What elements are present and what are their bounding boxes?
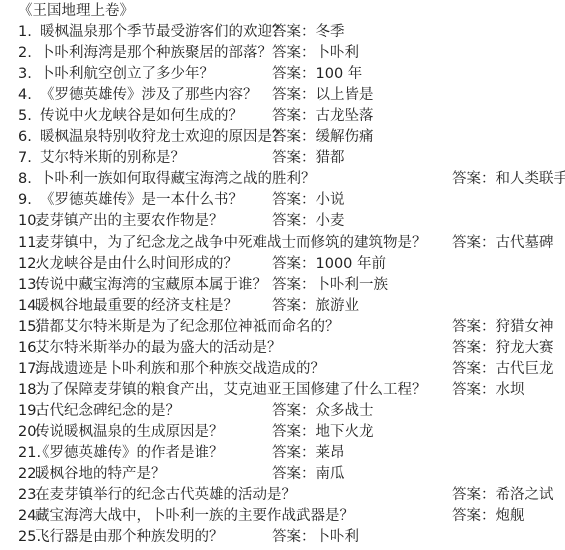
question-row: 5.传说中火龙峡谷是如何生成的？答案：古龙坠落 — [0, 106, 565, 127]
question-number: 5. — [18, 106, 32, 127]
question-text: 飞行器是由那个种族发明的？ — [35, 527, 224, 548]
answer: 答案：以上皆是 — [272, 85, 374, 106]
answer-value: 以上皆是 — [316, 87, 374, 103]
answer: 答案：和人类联手 — [452, 169, 565, 190]
answer-value: 狩龙大赛 — [496, 340, 554, 356]
answer: 答案：狩猎女神 — [452, 317, 554, 338]
answer-label: 答案： — [272, 45, 316, 61]
question-text: 传说中藏宝海湾的宝藏原本属于谁？ — [35, 275, 267, 296]
answer-value: 和人类联手 — [496, 171, 565, 187]
answer-label: 答案： — [452, 382, 496, 398]
answer-label: 答案： — [452, 508, 496, 524]
answer: 答案：100 年 — [272, 64, 362, 85]
question-text: 卜卟利海湾是那个种族聚居的部落？ — [40, 43, 272, 64]
answer-value: 旅游业 — [316, 298, 360, 314]
question-number: 4. — [18, 85, 32, 106]
question-text: 暖枫谷地的特产是？ — [35, 464, 166, 485]
question-text: 艾尔特米斯举办的最为盛大的活动是？ — [35, 338, 282, 359]
answer-label: 答案： — [272, 192, 316, 208]
question-text: 猎都艾尔特米斯是为了纪念那位神祗而命名的？ — [35, 317, 340, 338]
answer-value: 希洛之试 — [496, 487, 554, 503]
question-text: 《罗德英雄传》是一本什么书？ — [40, 190, 243, 211]
document-title: 《王国地理上卷》 — [18, 1, 134, 21]
question-row: 10.麦芽镇产出的主要农作物是？答案：小麦 — [0, 211, 565, 232]
question-row: 14.暖枫谷地最重要的经济支柱是？答案：旅游业 — [0, 296, 565, 317]
question-text: 传说中火龙峡谷是如何生成的？ — [40, 106, 243, 127]
answer: 答案：狩龙大赛 — [452, 338, 554, 359]
answer-label: 答案： — [452, 235, 496, 251]
answer: 答案：古代墓碑 — [452, 233, 554, 254]
question-row: 21.《罗德英雄传》的作者是谁？答案：莱昂 — [0, 443, 565, 464]
answer-label: 答案： — [452, 171, 496, 187]
question-text: 传说暖枫温泉的生成原因是？ — [35, 422, 224, 443]
answer: 答案：古龙坠落 — [272, 106, 374, 127]
question-text: 海战遗迹是卜卟利族和那个种族交战造成的？ — [35, 359, 325, 380]
question-row: 16.艾尔特米斯举办的最为盛大的活动是？答案：狩龙大赛 — [0, 338, 565, 359]
answer: 答案：旅游业 — [272, 296, 359, 317]
question-row: 17.海战遗迹是卜卟利族和那个种族交战造成的？答案：古代巨龙 — [0, 359, 565, 380]
question-text: 麦芽镇中，为了纪念龙之战争中死难战士而修筑的建筑物是？ — [35, 233, 427, 254]
answer-value: 狩猎女神 — [496, 319, 554, 335]
question-row: 18.为了保障麦芽镇的粮食产出，艾克迪亚王国修建了什么工程？答案：水坝 — [0, 380, 565, 401]
answer-label: 答案： — [272, 298, 316, 314]
answer-label: 答案： — [272, 529, 316, 545]
answer: 答案：1000 年前 — [272, 254, 386, 275]
question-row: 19.古代纪念碑纪念的是？答案：众多战士 — [0, 401, 565, 422]
question-text: 暖枫温泉那个季节最受游客们的欢迎？ — [40, 22, 287, 43]
question-row: 1.暖枫温泉那个季节最受游客们的欢迎？答案：冬季 — [0, 22, 565, 43]
answer-value: 100 年 — [316, 66, 363, 82]
answer: 答案：卜卟利 — [272, 43, 359, 64]
answer-value: 猎都 — [316, 150, 345, 166]
question-row: 22.暖枫谷地的特产是？答案：南瓜 — [0, 464, 565, 485]
answer-label: 答案： — [272, 150, 316, 166]
question-row: 25.飞行器是由那个种族发明的？答案：卜卟利 — [0, 527, 565, 548]
answer-value: 地下火龙 — [316, 424, 374, 440]
question-row: 12.火龙峡谷是由什么时间形成的？答案：1000 年前 — [0, 254, 565, 275]
answer-label: 答案： — [272, 256, 316, 272]
answer-value: 南瓜 — [316, 466, 345, 482]
answer: 答案：众多战士 — [272, 401, 374, 422]
answer-label: 答案： — [272, 24, 316, 40]
answer-value: 炮舰 — [496, 508, 525, 524]
answer-label: 答案： — [272, 277, 316, 293]
answer: 答案：南瓜 — [272, 464, 345, 485]
answer-value: 卜卟利一族 — [316, 277, 389, 293]
question-text: 古代纪念碑纪念的是？ — [35, 401, 180, 422]
answer: 答案：小麦 — [272, 211, 345, 232]
question-text: 暖枫谷地最重要的经济支柱是？ — [35, 296, 238, 317]
answer-label: 答案： — [272, 424, 316, 440]
answer: 答案：炮舰 — [452, 506, 525, 527]
answer-value: 水坝 — [496, 382, 525, 398]
answer-value: 缓解伤痛 — [316, 129, 374, 145]
question-row: 15.猎都艾尔特米斯是为了纪念那位神祗而命名的？答案：狩猎女神 — [0, 317, 565, 338]
answer: 答案：缓解伤痛 — [272, 127, 374, 148]
answer-label: 答案： — [272, 87, 316, 103]
answer-value: 众多战士 — [316, 403, 374, 419]
answer-label: 答案： — [452, 487, 496, 503]
question-text: 藏宝海湾大战中，卜卟利一族的主要作战武器是？ — [35, 506, 354, 527]
question-number: 3. — [18, 64, 32, 85]
answer-label: 答案： — [452, 319, 496, 335]
answer: 答案：卜卟利 — [272, 527, 359, 548]
answer: 答案：水坝 — [452, 380, 525, 401]
answer-value: 小说 — [316, 192, 345, 208]
answer-value: 古龙坠落 — [316, 108, 374, 124]
question-number: 9. — [18, 190, 32, 211]
question-row: 9.《罗德英雄传》是一本什么书？答案：小说 — [0, 190, 565, 211]
answer-label: 答案： — [272, 108, 316, 124]
question-row: 7.艾尔特米斯的别称是？答案：猎都 — [0, 148, 565, 169]
question-row: 13.传说中藏宝海湾的宝藏原本属于谁？答案：卜卟利一族 — [0, 275, 565, 296]
question-text: 艾尔特米斯的别称是？ — [40, 148, 185, 169]
question-text: 《罗德英雄传》的作者是谁？ — [35, 443, 224, 464]
question-text: 为了保障麦芽镇的粮食产出，艾克迪亚王国修建了什么工程？ — [35, 380, 427, 401]
answer: 答案：猎都 — [272, 148, 345, 169]
answer-label: 答案： — [272, 66, 316, 82]
question-text: 火龙峡谷是由什么时间形成的？ — [35, 254, 238, 275]
answer: 答案：古代巨龙 — [452, 359, 554, 380]
question-number: 6. — [18, 127, 32, 148]
question-number: 1. — [18, 22, 32, 43]
answer: 答案：希洛之试 — [452, 485, 554, 506]
answer-label: 答案： — [452, 340, 496, 356]
question-row: 6.暖枫温泉特别收狩龙士欢迎的原因是？答案：缓解伤痛 — [0, 127, 565, 148]
question-number: 2. — [18, 43, 32, 64]
answer-label: 答案： — [272, 445, 316, 461]
question-row: 23.在麦芽镇举行的纪念古代英雄的活动是？答案：希洛之试 — [0, 485, 565, 506]
question-row: 24.藏宝海湾大战中，卜卟利一族的主要作战武器是？答案：炮舰 — [0, 506, 565, 527]
question-row: 11.麦芽镇中，为了纪念龙之战争中死难战士而修筑的建筑物是？答案：古代墓碑 — [0, 233, 565, 254]
quiz-document: 《王国地理上卷》 1.暖枫温泉那个季节最受游客们的欢迎？答案：冬季2.卜卟利海湾… — [0, 0, 565, 550]
answer: 答案：卜卟利一族 — [272, 275, 388, 296]
answer-value: 古代巨龙 — [496, 361, 554, 377]
answer-value: 1000 年前 — [316, 256, 387, 272]
answer-value: 古代墓碑 — [496, 235, 554, 251]
question-text: 卜卟利航空创立了多少年？ — [40, 64, 214, 85]
question-text: 麦芽镇产出的主要农作物是？ — [35, 211, 224, 232]
answer-value: 莱昂 — [316, 445, 345, 461]
answer-value: 卜卟利 — [316, 45, 360, 61]
answer: 答案：小说 — [272, 190, 345, 211]
question-text: 卜卟利一族如何取得藏宝海湾之战的胜利？ — [40, 169, 316, 190]
answer-value: 卜卟利 — [316, 529, 360, 545]
question-text: 《罗德英雄传》涉及了那些内容？ — [40, 85, 258, 106]
question-row: 3.卜卟利航空创立了多少年？答案：100 年 — [0, 64, 565, 85]
answer: 答案：莱昂 — [272, 443, 345, 464]
answer-label: 答案： — [272, 466, 316, 482]
answer-value: 冬季 — [316, 24, 345, 40]
answer-label: 答案： — [272, 129, 316, 145]
answer-label: 答案： — [272, 403, 316, 419]
answer-value: 小麦 — [316, 213, 345, 229]
question-row: 4.《罗德英雄传》涉及了那些内容？答案：以上皆是 — [0, 85, 565, 106]
question-row: 2.卜卟利海湾是那个种族聚居的部落？答案：卜卟利 — [0, 43, 565, 64]
answer-label: 答案： — [452, 361, 496, 377]
question-row: 8.卜卟利一族如何取得藏宝海湾之战的胜利？答案：和人类联手 — [0, 169, 565, 190]
question-text: 暖枫温泉特别收狩龙士欢迎的原因是？ — [40, 127, 287, 148]
question-number: 8. — [18, 169, 32, 190]
question-number: 7. — [18, 148, 32, 169]
question-row: 20.传说暖枫温泉的生成原因是？答案：地下火龙 — [0, 422, 565, 443]
answer: 答案：地下火龙 — [272, 422, 374, 443]
answer: 答案：冬季 — [272, 22, 345, 43]
question-text: 在麦芽镇举行的纪念古代英雄的活动是？ — [35, 485, 296, 506]
answer-label: 答案： — [272, 213, 316, 229]
